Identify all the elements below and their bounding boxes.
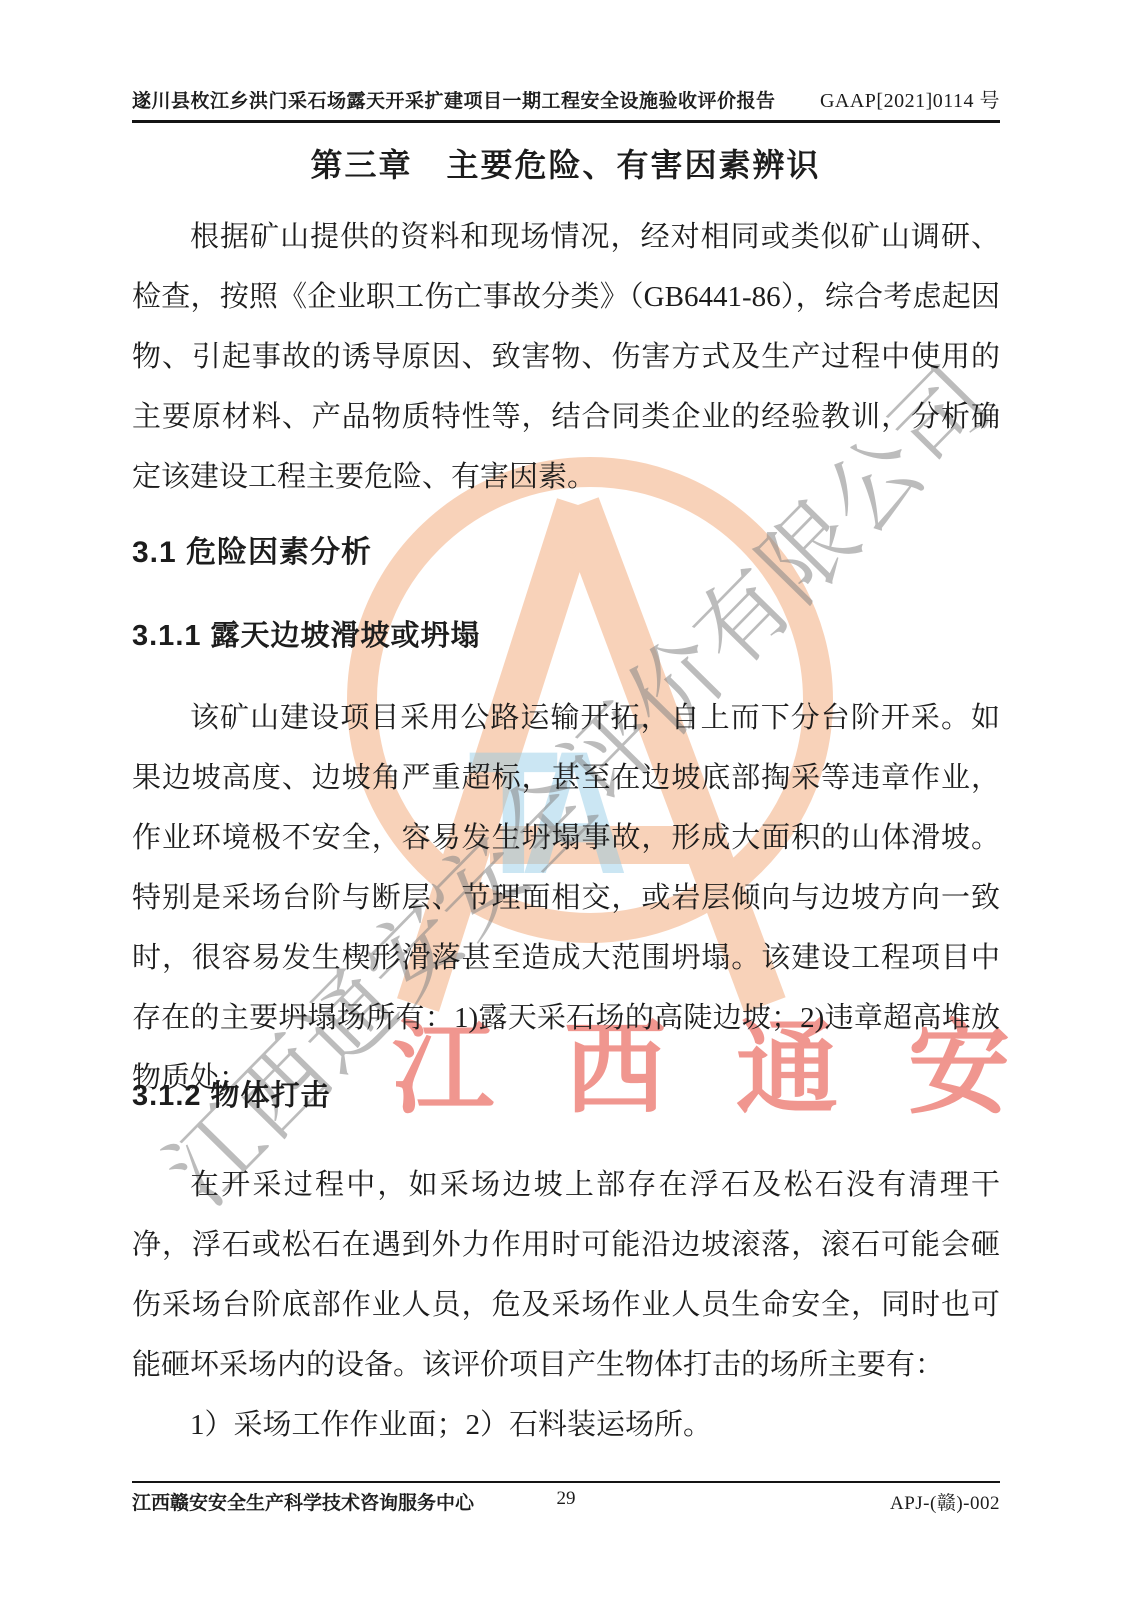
footer-page-number: 29 (132, 1488, 1000, 1510)
section-heading-3-1-1: 3.1.1 露天边坡滑坡或坍塌 (132, 613, 481, 654)
section-3-1-2-paragraph: 在开采过程中，如采场边坡上部存在浮石及松石没有清理干净，浮石或松石在遇到外力作用… (132, 1155, 1000, 1395)
section-3-1-2-list: 1）采场工作作业面；2）石料装运场所。 (132, 1395, 1000, 1455)
report-title: 遂川县枚江乡洪门采石场露天开采扩建项目一期工程安全设施验收评价报告 (132, 86, 776, 113)
chapter-heading: 第三章 主要危险、有害因素辨识 (0, 140, 1131, 186)
footer-divider (132, 1481, 1000, 1483)
section-3-1-1-paragraph: 该矿山建设项目采用公路运输开拓，自上而下分台阶开采。如果边坡高度、边坡角严重超标… (132, 688, 1000, 1108)
doc-number: GAAP[2021]0114 号 (820, 84, 1000, 113)
intro-paragraph: 根据矿山提供的资料和现场情况，经对相同或类似矿山调研、检查，按照《企业职工伤亡事… (132, 207, 1000, 507)
page-header: 遂川县枚江乡洪门采石场露天开采扩建项目一期工程安全设施验收评价报告 GAAP[2… (132, 84, 1000, 123)
section-heading-3-1: 3.1 危险因素分析 (132, 527, 372, 571)
page-footer: 江西赣安安全生产科学技术咨询服务中心 29 APJ-(赣)-002 (132, 1488, 1000, 1515)
section-heading-3-1-2: 3.1.2 物体打击 (132, 1073, 331, 1114)
document-page: TA 江西通安安全评价有限公司 江西通安 遂川县枚江乡洪门采石场露天开采扩建项目… (0, 0, 1131, 1600)
